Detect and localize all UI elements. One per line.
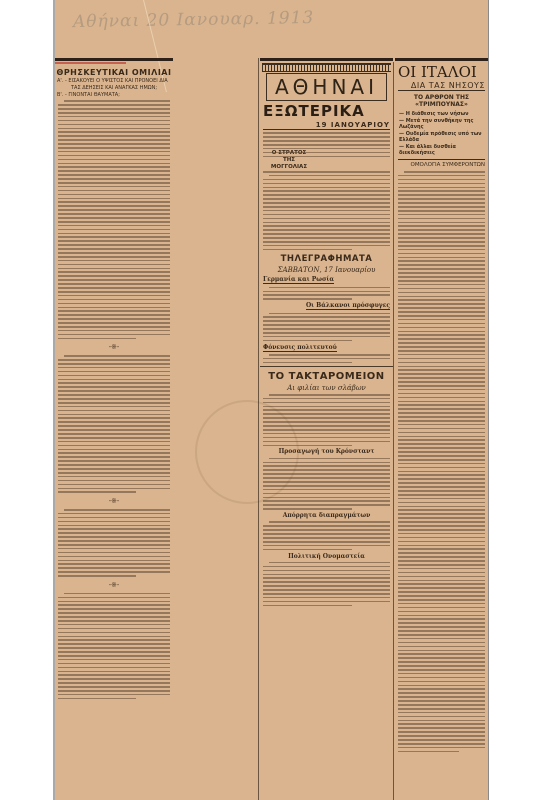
text-line <box>58 221 170 223</box>
text-line <box>263 187 390 189</box>
text-line <box>58 229 170 231</box>
text-line <box>398 525 485 527</box>
text-line <box>58 256 170 258</box>
text-line <box>58 560 170 562</box>
text-line <box>263 336 390 338</box>
text-line <box>58 112 170 114</box>
text-line <box>398 603 485 605</box>
text-line <box>58 252 170 254</box>
text-line <box>58 406 170 408</box>
text-line <box>58 143 170 145</box>
text-line <box>263 581 390 583</box>
text-line <box>398 198 485 200</box>
text-line <box>398 264 485 266</box>
telegrams-heading: ΤΗΛΕΓΡΑΦΗΜΑΤΑ <box>260 254 393 264</box>
text-line <box>263 218 390 220</box>
text-line <box>58 310 170 312</box>
article-body-2 <box>58 355 170 493</box>
text-line <box>398 587 485 589</box>
column-rule <box>260 58 393 61</box>
text-line <box>398 727 485 729</box>
text-line <box>263 332 390 334</box>
text-line <box>398 404 485 406</box>
text-line <box>58 601 170 603</box>
subhead-political: Πολιτική Ονομαστεία <box>263 553 390 560</box>
text-line <box>58 182 170 184</box>
text-line <box>263 241 390 243</box>
text-line <box>58 643 170 645</box>
text-line <box>58 402 170 404</box>
red-underline <box>55 62 126 64</box>
masthead-frame: ΑΘΗΝΑΙ <box>262 63 391 101</box>
text-line <box>398 521 485 523</box>
text-line <box>263 493 390 495</box>
text-line <box>398 494 485 496</box>
text-line <box>58 491 136 493</box>
text-line <box>269 175 390 177</box>
text-line <box>64 100 170 102</box>
text-line <box>398 229 485 231</box>
text-line <box>398 474 485 476</box>
text-line <box>398 358 485 360</box>
text-line <box>398 634 485 636</box>
text-line <box>58 190 170 192</box>
post-heading: ΤΟ ΤΑΚΤΑΡΟΜΕΙΟΝ <box>260 371 393 382</box>
text-line <box>263 489 390 491</box>
text-line <box>398 688 485 690</box>
text-line <box>398 498 485 500</box>
text-line <box>58 371 170 373</box>
text-line <box>58 571 170 573</box>
text-line <box>398 393 485 395</box>
text-line <box>58 236 170 238</box>
right-column: ΟΙ ΙΤΑΛΟΙ ΔΙΑ ΤΑΣ ΝΗΣΟΥΣ ΤΟ ΑΡΘΡΟΝ ΤΗΣ «… <box>395 58 488 755</box>
text-line <box>58 209 170 211</box>
text-line <box>263 229 390 231</box>
text-line <box>58 421 170 423</box>
text-line <box>263 206 390 208</box>
text-line <box>398 513 485 515</box>
text-line <box>58 287 170 289</box>
mongolia-article: Ο ΣΤΡΑΤΟΣ ΤΗΣ ΜΟΓΓΟΛΙΑΣ <box>263 132 390 250</box>
middle-column: ΑΘΗΝΑΙ ΕΞΩΤΕΡΙΚΑ 19 ΙΑΝΟΥΑΡΙΟΥ Ο ΣΤΡΑΤΟΣ… <box>260 58 393 609</box>
text-line <box>58 441 170 443</box>
text-line <box>58 394 170 396</box>
subhead-a-cont: ΤΑΣ ΔΕΗΣΕΙΣ ΚΑΙ ΑΝΑΓΚΑΣ ΗΜΩΝ; <box>57 85 171 91</box>
text-line <box>398 467 485 469</box>
text-line <box>398 194 485 196</box>
text-line <box>398 490 485 492</box>
text-line <box>263 485 390 487</box>
text-line <box>398 408 485 410</box>
text-line <box>58 513 170 515</box>
text-line <box>58 674 170 676</box>
text-line <box>58 139 170 141</box>
text-line <box>398 342 485 344</box>
text-line <box>58 170 170 172</box>
text-line <box>398 319 485 321</box>
text-line <box>263 473 390 475</box>
text-line <box>58 563 170 565</box>
section-title-religious-talks: ΘΡΗΣΚΕΥΤΙΚΑΙ ΟΜΙΛΙΑΙ <box>55 68 173 77</box>
text-line <box>58 240 170 242</box>
text-line <box>269 458 390 460</box>
text-line <box>58 147 170 149</box>
text-line <box>398 548 485 550</box>
text-line <box>398 533 485 535</box>
text-line <box>58 128 170 130</box>
text-line <box>398 716 485 718</box>
text-line <box>58 217 170 219</box>
text-line <box>263 194 390 196</box>
text-line <box>398 517 485 519</box>
text-line <box>398 428 485 430</box>
post-body-1 <box>263 394 390 446</box>
text-line <box>58 375 170 377</box>
text-line <box>58 264 170 266</box>
text-line <box>58 612 170 614</box>
text-line <box>58 445 170 447</box>
text-line <box>398 206 485 208</box>
text-line <box>263 441 390 443</box>
text-line <box>398 315 485 317</box>
text-line <box>398 482 485 484</box>
text-line <box>398 459 485 461</box>
text-line <box>58 567 170 569</box>
text-line <box>58 108 170 110</box>
text-line <box>58 163 170 165</box>
text-line <box>58 608 170 610</box>
text-line <box>58 314 170 316</box>
text-line <box>398 537 485 539</box>
text-line <box>398 739 485 741</box>
text-line <box>58 575 136 577</box>
text-line <box>58 417 170 419</box>
text-line <box>58 429 170 431</box>
text-line <box>398 451 485 453</box>
text-line <box>398 237 485 239</box>
ornament-divider: -※- <box>55 343 173 351</box>
text-line <box>58 690 170 692</box>
text-line <box>263 398 390 400</box>
text-line <box>398 572 485 574</box>
subhead-b: Β'. - ΓΙΝΟΝΤΑΙ ΘΑΥΜΑΤΑ; <box>57 92 171 98</box>
text-line <box>263 198 390 200</box>
text-line <box>398 436 485 438</box>
text-line <box>58 367 170 369</box>
text-line <box>263 585 390 587</box>
subhead-a: Α'. - ΕΙΣΑΚΟΥΕΙ Ο ΥΨΙΣΤΟΣ ΚΑΙ ΠΡΟΝΟΕΙ ΔΙ… <box>57 78 171 84</box>
text-line <box>58 205 170 207</box>
text-line <box>263 202 390 204</box>
text-line <box>398 346 485 348</box>
text-line <box>58 647 170 649</box>
text-line <box>58 398 170 400</box>
subhead-balkan-refugees: Οι Βάλκανοι πρόσφυγες <box>263 302 390 310</box>
text-line <box>263 328 390 330</box>
summary-bullet: — Ουδεμία πρόθεσις υπό των Ελλάδα <box>399 131 484 143</box>
text-line <box>398 257 485 259</box>
text-line <box>398 673 485 675</box>
text-line <box>263 324 390 326</box>
text-line <box>263 210 390 212</box>
text-line <box>263 340 352 342</box>
text-line <box>58 155 170 157</box>
text-line <box>58 178 170 180</box>
text-line <box>263 245 390 247</box>
text-line <box>263 549 352 551</box>
text-line <box>398 541 485 543</box>
text-line <box>398 502 485 504</box>
text-line <box>263 497 390 499</box>
article-body-1 <box>58 100 170 339</box>
text-line <box>58 248 170 250</box>
post-body-4 <box>263 562 390 606</box>
text-line <box>398 175 485 177</box>
text-line <box>398 685 485 687</box>
text-line <box>58 283 170 285</box>
text-line <box>58 544 170 546</box>
text-line <box>263 320 390 322</box>
text-line <box>398 700 485 702</box>
post-body-3 <box>263 521 390 550</box>
text-line <box>398 284 485 286</box>
text-line <box>58 671 170 673</box>
text-line <box>58 318 170 320</box>
text-line <box>263 605 352 607</box>
divider <box>260 366 393 367</box>
column-rule <box>55 58 173 61</box>
text-line <box>398 432 485 434</box>
text-line <box>263 500 390 502</box>
summary-bullet: — Η διάθεσις των νήσων <box>399 111 484 117</box>
text-line <box>58 532 170 534</box>
masthead-cornice <box>262 63 391 72</box>
text-line <box>263 481 390 483</box>
text-line <box>58 116 170 118</box>
text-line <box>263 433 390 435</box>
text-line <box>58 517 170 519</box>
text-line <box>398 595 485 597</box>
text-line <box>58 151 170 153</box>
text-line <box>58 275 170 277</box>
section-heading-foreign: ΕΞΩΤΕΡΙΚΑ <box>263 102 390 120</box>
text-line <box>398 747 485 749</box>
text-line <box>58 472 170 474</box>
text-line <box>398 296 485 298</box>
text-line <box>58 678 170 680</box>
text-line <box>263 533 390 535</box>
text-line <box>58 166 170 168</box>
text-line <box>398 354 485 356</box>
text-line <box>263 574 390 576</box>
text-line <box>398 401 485 403</box>
text-line <box>398 233 485 235</box>
text-line <box>398 560 485 562</box>
text-line <box>398 334 485 336</box>
column-divider <box>393 62 394 800</box>
text-line <box>398 665 485 667</box>
text-line <box>398 443 485 445</box>
text-line <box>263 597 390 599</box>
text-line <box>58 452 170 454</box>
telegrams-dateline: ΣΑΒΒΑΤΟΝ, 17 Ιανουαρίου <box>260 266 393 274</box>
text-line <box>263 402 390 404</box>
text-line <box>398 331 485 333</box>
text-line <box>398 397 485 399</box>
text-line <box>64 355 170 357</box>
subhead-kronstadt: Προσαγωγή του Κρόνσταντ <box>263 448 390 455</box>
text-line <box>398 260 485 262</box>
text-line <box>398 299 485 301</box>
text-line <box>398 268 485 270</box>
telegram-body-2 <box>263 313 390 342</box>
text-line <box>58 468 170 470</box>
text-line <box>398 447 485 449</box>
text-line <box>398 225 485 227</box>
text-line <box>263 462 390 464</box>
text-line <box>269 521 390 523</box>
left-column: ΘΡΗΣΚΕΥΤΙΚΑΙ ΟΜΙΛΙΑΙ Α'. - ΕΙΣΑΚΟΥΕΙ Ο Υ… <box>55 58 173 702</box>
text-line <box>398 506 485 508</box>
text-line <box>58 528 170 530</box>
handwritten-date-note: Αθήναι 20 Ιανουαρ. 1913 <box>73 8 315 32</box>
text-line <box>58 307 170 309</box>
text-line <box>269 562 390 564</box>
text-line <box>58 363 170 365</box>
text-line <box>398 210 485 212</box>
text-line <box>58 271 170 273</box>
text-line <box>398 615 485 617</box>
text-line <box>398 416 485 418</box>
newspaper-clipping: Αθήναι 20 Ιανουαρ. 1913 ΘΡΗΣΚΕΥΤΙΚΑΙ ΟΜΙ… <box>55 0 488 800</box>
subhead-secret: Απόρρητα διαπραγμάτων <box>263 512 390 519</box>
text-line <box>58 521 170 523</box>
text-line <box>398 568 485 570</box>
text-line <box>398 626 485 628</box>
summary-bullet: — Και άλλαι δυσθεία διεκδικήσεις <box>399 144 484 156</box>
text-line <box>263 291 390 293</box>
text-line <box>398 218 485 220</box>
text-line <box>58 476 170 478</box>
text-line <box>58 159 170 161</box>
text-line <box>398 369 485 371</box>
text-line <box>58 260 170 262</box>
text-line <box>263 504 390 506</box>
text-line <box>263 577 390 579</box>
article-title-italians: ΟΙ ΙΤΑΛΟΙ <box>398 63 485 81</box>
text-line <box>398 253 485 255</box>
text-line <box>398 373 485 375</box>
text-line <box>263 225 390 227</box>
text-line <box>398 743 485 745</box>
text-line <box>263 508 352 510</box>
text-line <box>398 564 485 566</box>
text-line <box>58 295 170 297</box>
article-kicker: ΤΟ ΑΡΘΡΟΝ ΤΗΣ «ΤΡΙΜΠΟΥΝΑΣ» <box>395 94 488 108</box>
ornament-divider: -※- <box>55 497 173 505</box>
text-line <box>398 657 485 659</box>
text-line <box>398 696 485 698</box>
text-line <box>263 537 390 539</box>
text-line <box>58 694 170 696</box>
text-line <box>58 120 170 122</box>
text-line <box>398 720 485 722</box>
text-line <box>398 420 485 422</box>
text-line <box>398 607 485 609</box>
text-line <box>398 272 485 274</box>
text-line <box>398 389 485 391</box>
text-line <box>398 529 485 531</box>
article-subtitle: ΔΙΑ ΤΑΣ ΝΗΣΟΥΣ <box>398 81 485 91</box>
text-line <box>398 580 485 582</box>
text-line <box>263 316 390 318</box>
text-line <box>58 390 170 392</box>
text-line <box>398 509 485 511</box>
text-line <box>263 525 390 527</box>
text-line <box>58 225 170 227</box>
telegram-body-3 <box>263 354 390 363</box>
text-line <box>58 124 170 126</box>
text-line <box>398 366 485 368</box>
text-line <box>58 624 170 626</box>
text-line <box>263 566 390 568</box>
text-line <box>263 190 390 192</box>
text-line <box>58 326 170 328</box>
text-line <box>58 414 170 416</box>
text-line <box>58 682 170 684</box>
column-divider <box>258 58 259 800</box>
text-line <box>398 692 485 694</box>
text-line <box>398 412 485 414</box>
text-line <box>58 632 170 634</box>
text-line <box>398 439 485 441</box>
text-line <box>398 618 485 620</box>
text-line <box>398 583 485 585</box>
text-line <box>398 556 485 558</box>
text-line <box>58 655 170 657</box>
text-line <box>58 303 170 305</box>
text-line <box>263 593 390 595</box>
text-line <box>398 323 485 325</box>
article-kicker-2: ΟΜΟΛΟΓΙΑ ΣΥΜΦΕΡΟΝΤΩΝ <box>398 159 485 168</box>
text-line <box>263 469 390 471</box>
text-line <box>398 622 485 624</box>
text-line <box>269 394 390 396</box>
text-line <box>58 620 170 622</box>
text-line <box>398 638 485 640</box>
text-line <box>58 330 170 332</box>
text-line <box>263 570 390 572</box>
text-line <box>58 382 170 384</box>
text-line <box>58 410 170 412</box>
text-line <box>263 179 390 181</box>
text-line <box>398 471 485 473</box>
text-line <box>398 424 485 426</box>
text-line <box>263 183 390 185</box>
text-line <box>398 669 485 671</box>
text-line <box>58 698 136 700</box>
text-line <box>398 307 485 309</box>
text-line <box>58 131 170 133</box>
text-line <box>398 486 485 488</box>
text-line <box>58 194 170 196</box>
text-line <box>58 299 170 301</box>
text-line <box>58 104 170 106</box>
text-line <box>398 630 485 632</box>
text-line <box>398 362 485 364</box>
ornament-divider: -※- <box>55 581 173 589</box>
